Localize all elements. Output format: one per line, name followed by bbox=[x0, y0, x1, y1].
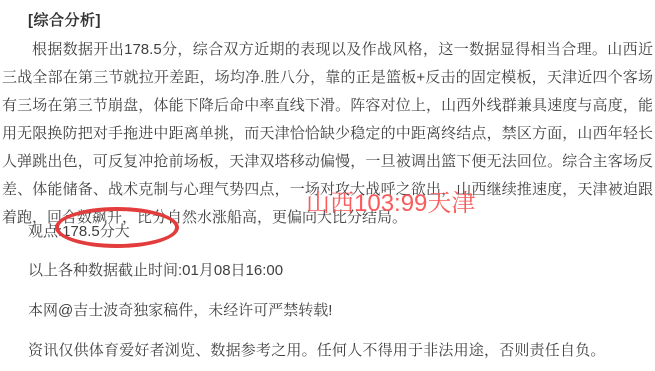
viewpoint-label: 观点: bbox=[28, 223, 62, 240]
disclaimer-note: 资讯仅供体育爱好者浏览、数据参考之用。任何人不得用于非法用途，否则责任自负。 bbox=[2, 340, 653, 362]
section-title: [综合分析] bbox=[2, 9, 653, 30]
article-page: [综合分析] 根据数据开出178.5分，综合双方近期的表现以及作战风格，这一数据… bbox=[0, 0, 655, 371]
data-cutoff-note: 以上各种数据截止时间:01月08日16:00 bbox=[2, 260, 653, 282]
viewpoint-value: 178.5分大 bbox=[62, 223, 130, 240]
predicted-score-text: 山西103:99天津 bbox=[306, 188, 475, 220]
copyright-note: 本网@吉士波奇独家稿件，未经许可严禁转载! bbox=[2, 300, 653, 322]
viewpoint-line: 观点:178.5分大 bbox=[2, 221, 653, 243]
